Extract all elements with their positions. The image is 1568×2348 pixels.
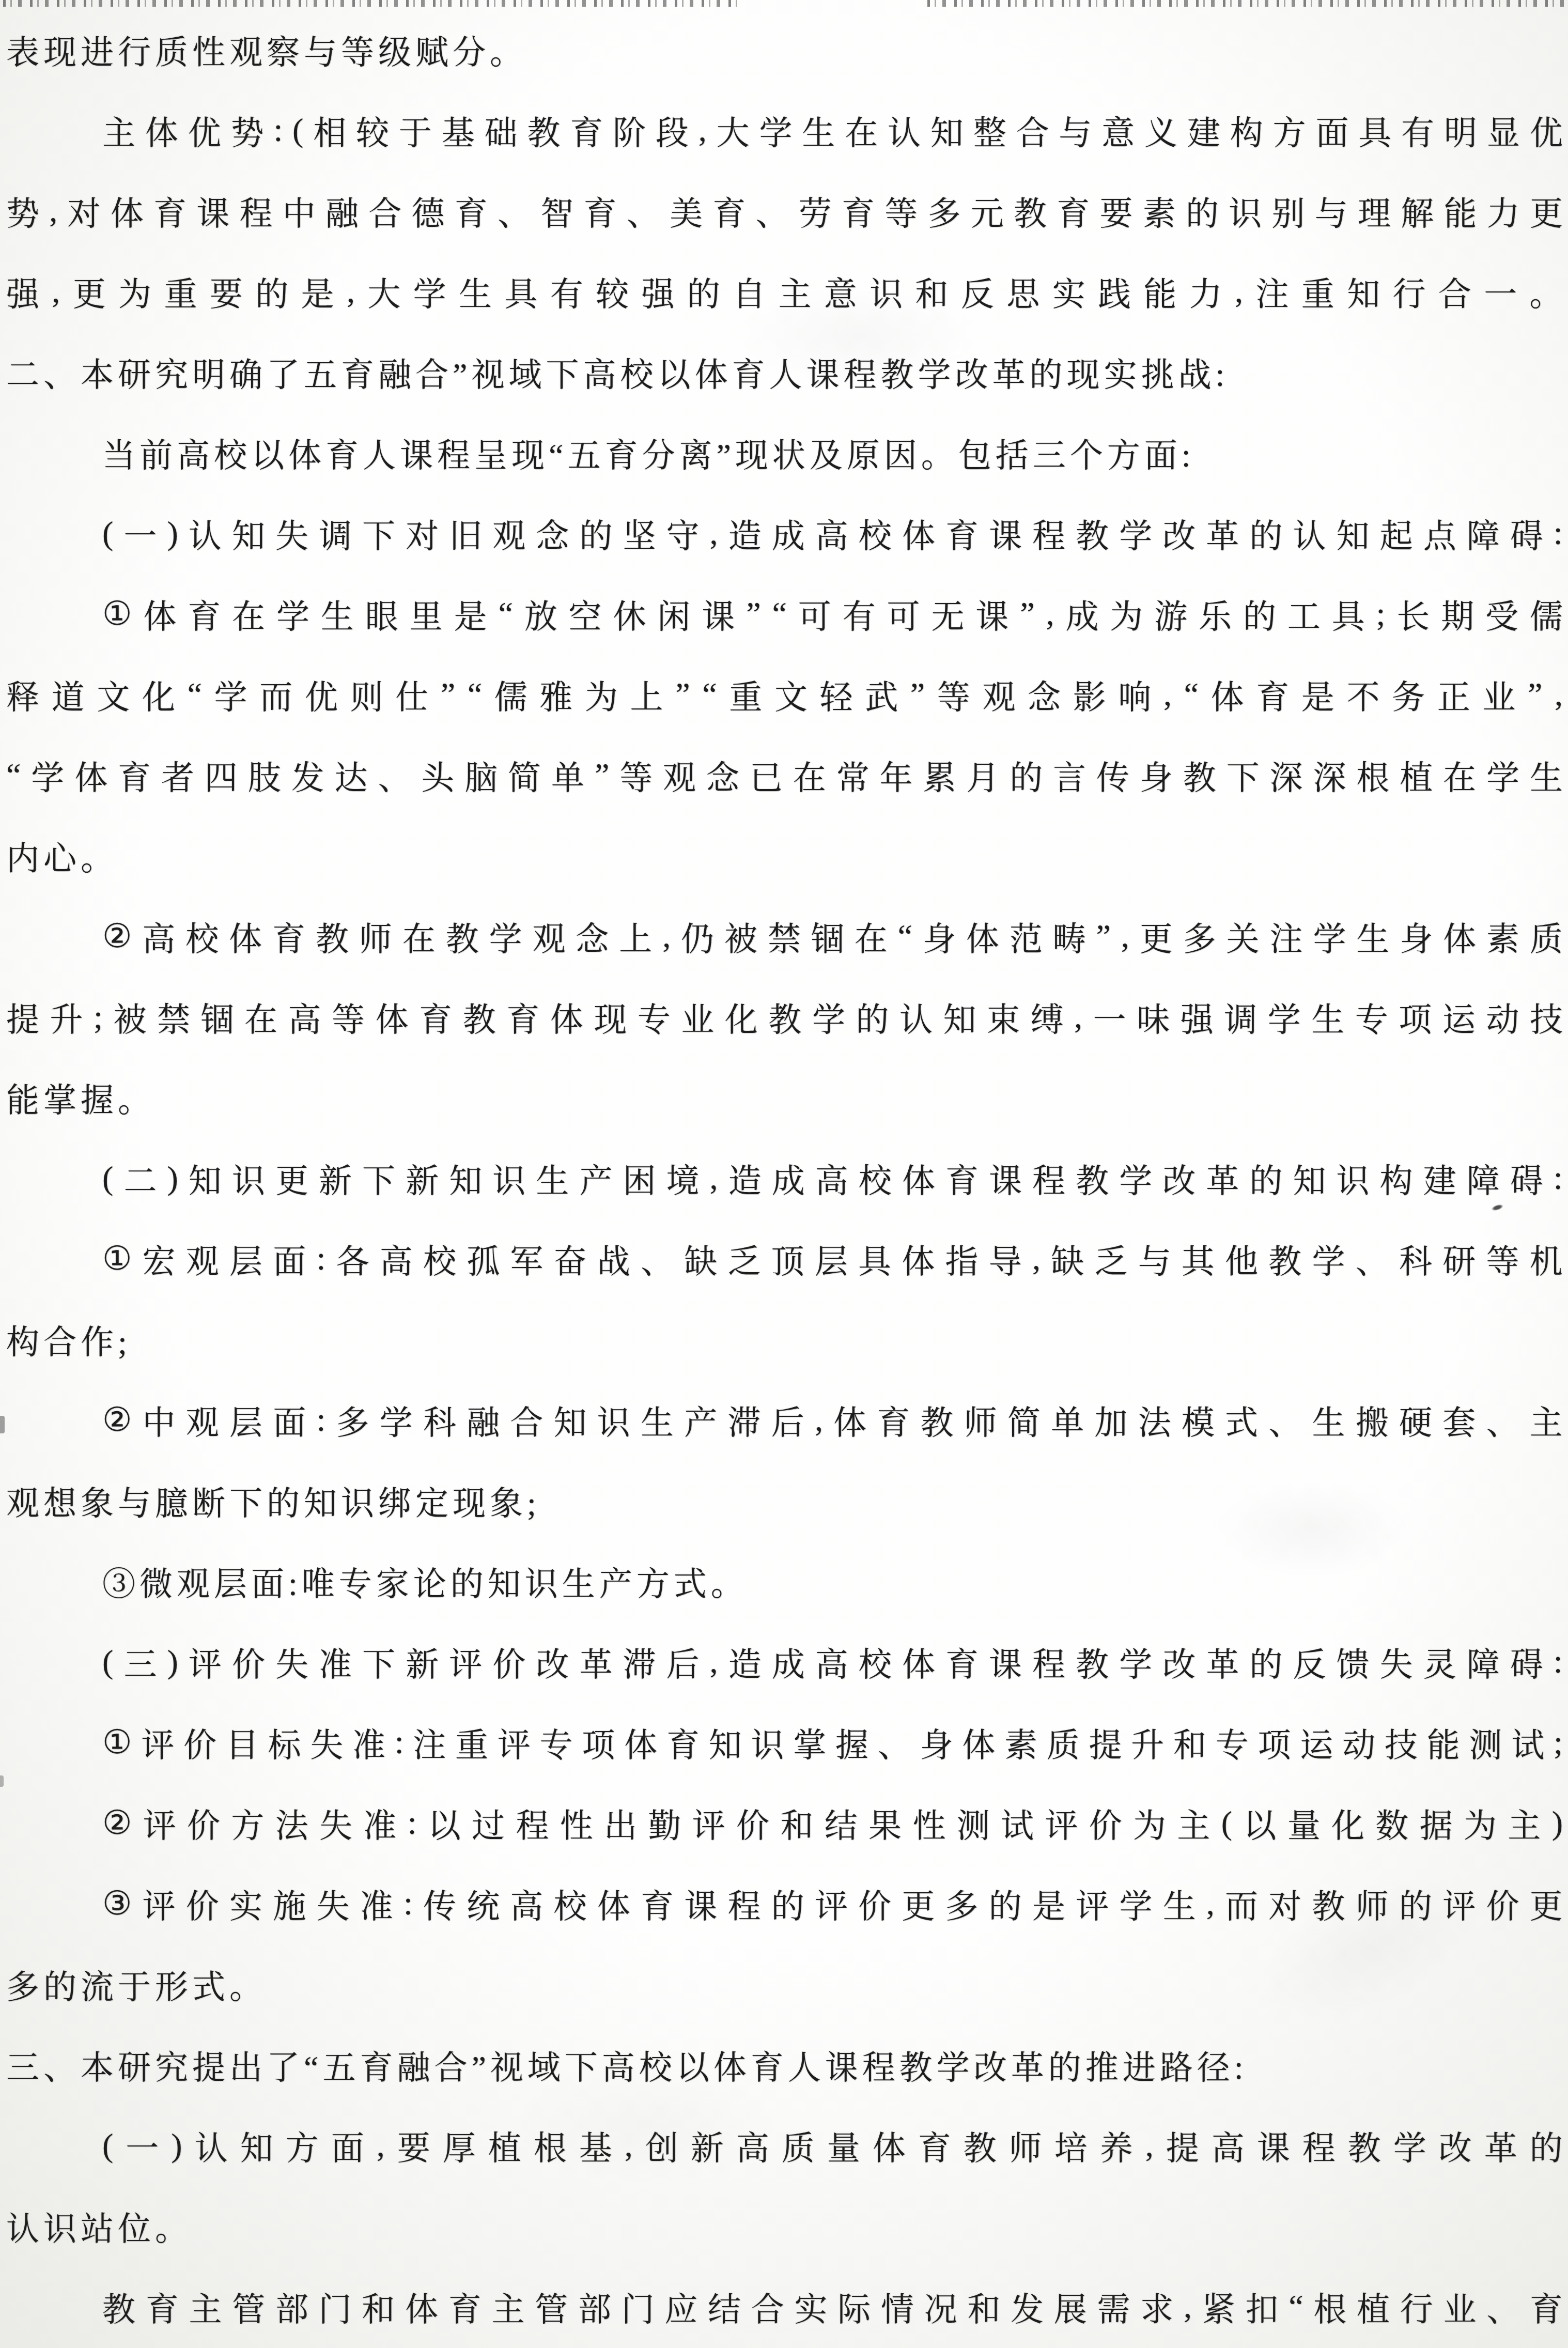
text-line: ①评价目标失准:注重评专项体育知识掌握、身体素质提升和专项运动技能测试; (0, 1702, 1568, 1783)
text-line: ①体育在学生眼里是“放空休闲课”“可有可无课”,成为游乐的工具;长期受儒 (0, 574, 1568, 654)
text-line: 三、本研究提出了“五育融合”视域下高校以体育人课程教学改革的推进路径: (0, 2025, 1568, 2105)
cropped-line-remnant (3, 0, 742, 7)
text-line: 观想象与臆断下的知识绑定现象; (0, 1460, 1568, 1541)
text-line: (一)认知方面,要厚植根基,创新高质量体育教师培养,提高课程教学改革的 (0, 2105, 1568, 2186)
text-line: “学体育者四肢发达、头脑简单”等观念已在常年累月的言传身教下深深根植在学生 (0, 735, 1568, 815)
text-line: ③微观层面:唯专家论的知识生产方式。 (0, 1541, 1568, 1621)
cropped-line-remnant (927, 0, 1568, 7)
text-line: 当前高校以体育人课程呈现“五育分离”现状及原因。包括三个方面: (0, 412, 1568, 493)
text-line: 主体优势:(相较于基础教育阶段,大学生在认知整合与意义建构方面具有明显优 (0, 90, 1568, 171)
text-line: ①宏观层面:各高校孤军奋战、缺乏顶层具体指导,缺乏与其他教学、科研等机 (0, 1218, 1568, 1299)
text-line: (三)评价失准下新评价改革滞后,造成高校体育课程教学改革的反馈失灵障碍: (0, 1621, 1568, 1702)
text-line: 强,更为重要的是,大学生具有较强的自主意识和反思实践能力,注重知行合一。 (0, 251, 1568, 332)
text-line: 构合作; (0, 1299, 1568, 1380)
text-line: 教育主管部门和体育主管部门应结合实际情况和发展需求,紧扣“根植行业、育 (0, 2266, 1568, 2347)
text-line: 二、本研究明确了五育融合”视域下高校以体育人课程教学改革的现实挑战: (0, 332, 1568, 412)
text-line: ②评价方法失准:以过程性出勤评价和结果性测试评价为主(以量化数据为主) (0, 1783, 1568, 1863)
text-line: (一)认知失调下对旧观念的坚守,造成高校体育课程教学改革的认知起点障碍: (0, 493, 1568, 574)
text-line: ②高校体育教师在教学观念上,仍被禁锢在“身体范畴”,更多关注学生身体素质 (0, 896, 1568, 977)
text-line: 能掌握。 (0, 1057, 1568, 1138)
document-lines: 表现进行质性观察与等级赋分。主体优势:(相较于基础教育阶段,大学生在认知整合与意… (0, 9, 1568, 2347)
text-line: ②中观层面:多学科融合知识生产滞后,体育教师简单加法模式、生搬硬套、主 (0, 1380, 1568, 1460)
text-line: 释道文化“学而优则仕”“儒雅为上”“重文轻武”等观念影响,“体育是不务正业”, (0, 654, 1568, 735)
text-line: (二)知识更新下新知识生产困境,造成高校体育课程教学改革的知识构建障碍: (0, 1138, 1568, 1218)
text-line: 多的流于形式。 (0, 1944, 1568, 2025)
text-line: 势,对体育课程中融合德育、智育、美育、劳育等多元教育要素的识别与理解能力更 (0, 171, 1568, 251)
text-line: 提升;被禁锢在高等体育教育体现专业化教学的认知束缚,一味强调学生专项运动技 (0, 977, 1568, 1057)
text-line: ③评价实施失准:传统高校体育课程的评价更多的是评学生,而对教师的评价更 (0, 1863, 1568, 1944)
text-line: 内心。 (0, 815, 1568, 896)
text-line: 表现进行质性观察与等级赋分。 (0, 9, 1568, 90)
text-line: 认识站位。 (0, 2186, 1568, 2266)
document-page: 表现进行质性观察与等级赋分。主体优势:(相较于基础教育阶段,大学生在认知整合与意… (0, 0, 1568, 2348)
